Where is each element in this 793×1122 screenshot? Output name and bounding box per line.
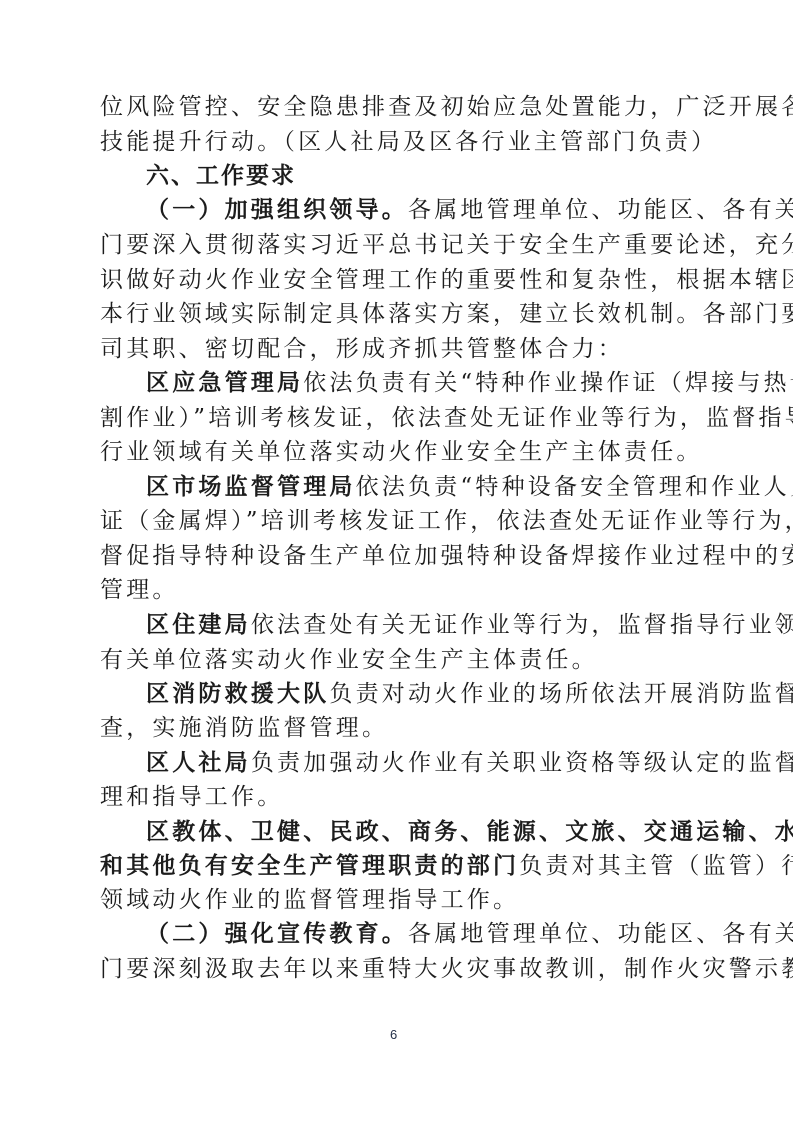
page-number: 6 — [390, 1027, 397, 1042]
paragraph-line: 技能提升行动。（区人社局及区各行业主管部门负责） — [100, 127, 700, 157]
department-name: 区应急管理局 — [146, 369, 303, 396]
line-text: 门要深刻汲取去年以来重特大火灾事故教训，制作火灾警示教育 — [100, 956, 793, 982]
paragraph-line: 领域动火作业的监督管理指导工作。 — [100, 885, 700, 915]
section-heading: 六、工作要求 — [146, 161, 700, 191]
paragraph-line: 和其他负有安全生产管理职责的部门负责对其主管（监管）行业 — [100, 851, 700, 881]
paragraph-line: （一）加强组织领导。各属地管理单位、功能区、各有关部 — [146, 195, 700, 225]
line-text: 各属地管理单位、功能区、各有关部 — [408, 197, 793, 223]
paragraph-line: 督促指导特种设备生产单位加强特种设备焊接作业过程中的安全 — [100, 541, 700, 571]
line-text: 理和指导工作。 — [100, 784, 283, 810]
paragraph-line: （二）强化宣传教育。各属地管理单位、功能区、各有关部 — [146, 919, 700, 949]
department-name: 区市场监督管理局 — [146, 473, 356, 500]
department-name: 和其他负有安全生产管理职责的部门 — [100, 852, 519, 879]
heading-text: 六、工作要求 — [146, 163, 296, 189]
line-text: 各属地管理单位、功能区、各有关部 — [408, 921, 793, 947]
line-text: 督促指导特种设备生产单位加强特种设备焊接作业过程中的安全 — [100, 543, 793, 569]
subheading-text: （二）强化宣传教育。 — [146, 920, 408, 947]
department-name: 区人社局 — [146, 749, 251, 776]
paragraph-line: 识做好动火作业安全管理工作的重要性和复杂性，根据本辖区、 — [100, 265, 700, 295]
line-text: 依法查处有关无证作业等行为，监督指导行业领域 — [251, 612, 793, 638]
line-text: 有关单位落实动火作业安全生产主体责任。 — [100, 647, 598, 673]
line-text: 负责加强动火作业有关职业资格等级认定的监督管 — [251, 750, 793, 776]
paragraph-line: 区消防救援大队负责对动火作业的场所依法开展消防监督检 — [146, 679, 700, 709]
paragraph-line: 门要深入贯彻落实习近平总书记关于安全生产重要论述，充分认 — [100, 230, 700, 260]
paragraph-line: 位风险管控、安全隐患排查及初始应急处置能力，广泛开展各类 — [100, 92, 700, 122]
subheading-text: （一）加强组织领导。 — [146, 196, 408, 223]
paragraph-line: 司其职、密切配合，形成齐抓共管整体合力： — [100, 334, 700, 364]
paragraph-line: 有关单位落实动火作业安全生产主体责任。 — [100, 645, 700, 675]
line-text: 依法负责“特种设备安全管理和作业人员 — [356, 474, 793, 500]
paragraph-line: 本行业领域实际制定具体落实方案，建立长效机制。各部门要各 — [100, 299, 700, 329]
paragraph-line: 管理。 — [100, 575, 700, 605]
line-text: 负责对动火作业的场所依法开展消防监督检 — [329, 681, 793, 707]
line-text: 位风险管控、安全隐患排查及初始应急处置能力，广泛开展各类 — [100, 94, 793, 120]
line-text: 管理。 — [100, 577, 179, 603]
line-text: 查，实施消防监督管理。 — [100, 715, 388, 741]
line-text: 技能提升行动。（区人社局及区各行业主管部门负责） — [100, 129, 717, 155]
line-text: 证（金属焊）”培训考核发证工作，依法查处无证作业等行为， — [100, 508, 793, 534]
line-text: 负责对其主管（监管）行业 — [519, 853, 793, 879]
department-name: 区教体、卫健、民政、商务、能源、文旅、交通运输、水利 — [146, 818, 793, 845]
paragraph-line: 区应急管理局依法负责有关“特种作业操作证（焊接与热切 — [146, 368, 700, 398]
line-text: 本行业领域实际制定具体落实方案，建立长效机制。各部门要各 — [100, 301, 793, 327]
paragraph-line: 区教体、卫健、民政、商务、能源、文旅、交通运输、水利 — [146, 817, 700, 847]
line-text: 识做好动火作业安全管理工作的重要性和复杂性，根据本辖区、 — [100, 267, 793, 293]
paragraph-line: 证（金属焊）”培训考核发证工作，依法查处无证作业等行为， — [100, 506, 700, 536]
department-name: 区住建局 — [146, 611, 251, 638]
paragraph-line: 区市场监督管理局依法负责“特种设备安全管理和作业人员 — [146, 472, 700, 502]
line-text: 依法负责有关“特种作业操作证（焊接与热切 — [303, 370, 793, 396]
line-text: 司其职、密切配合，形成齐抓共管整体合力： — [100, 336, 624, 362]
department-name: 区消防救援大队 — [146, 680, 329, 707]
document-page: 位风险管控、安全隐患排查及初始应急处置能力，广泛开展各类 技能提升行动。（区人社… — [0, 0, 793, 1122]
line-text: 行业领域有关单位落实动火作业安全生产主体责任。 — [100, 439, 703, 465]
paragraph-line: 区人社局负责加强动火作业有关职业资格等级认定的监督管 — [146, 748, 700, 778]
line-text: 门要深入贯彻落实习近平总书记关于安全生产重要论述，充分认 — [100, 232, 793, 258]
line-text: 领域动火作业的监督管理指导工作。 — [100, 887, 519, 913]
paragraph-line: 割作业）”培训考核发证，依法查处无证作业等行为，监督指导 — [100, 403, 700, 433]
paragraph-line: 行业领域有关单位落实动火作业安全生产主体责任。 — [100, 437, 700, 467]
paragraph-line: 门要深刻汲取去年以来重特大火灾事故教训，制作火灾警示教育 — [100, 954, 700, 984]
paragraph-line: 区住建局依法查处有关无证作业等行为，监督指导行业领域 — [146, 610, 700, 640]
line-text: 割作业）”培训考核发证，依法查处无证作业等行为，监督指导 — [100, 405, 793, 431]
paragraph-line: 理和指导工作。 — [100, 782, 700, 812]
paragraph-line: 查，实施消防监督管理。 — [100, 713, 700, 743]
